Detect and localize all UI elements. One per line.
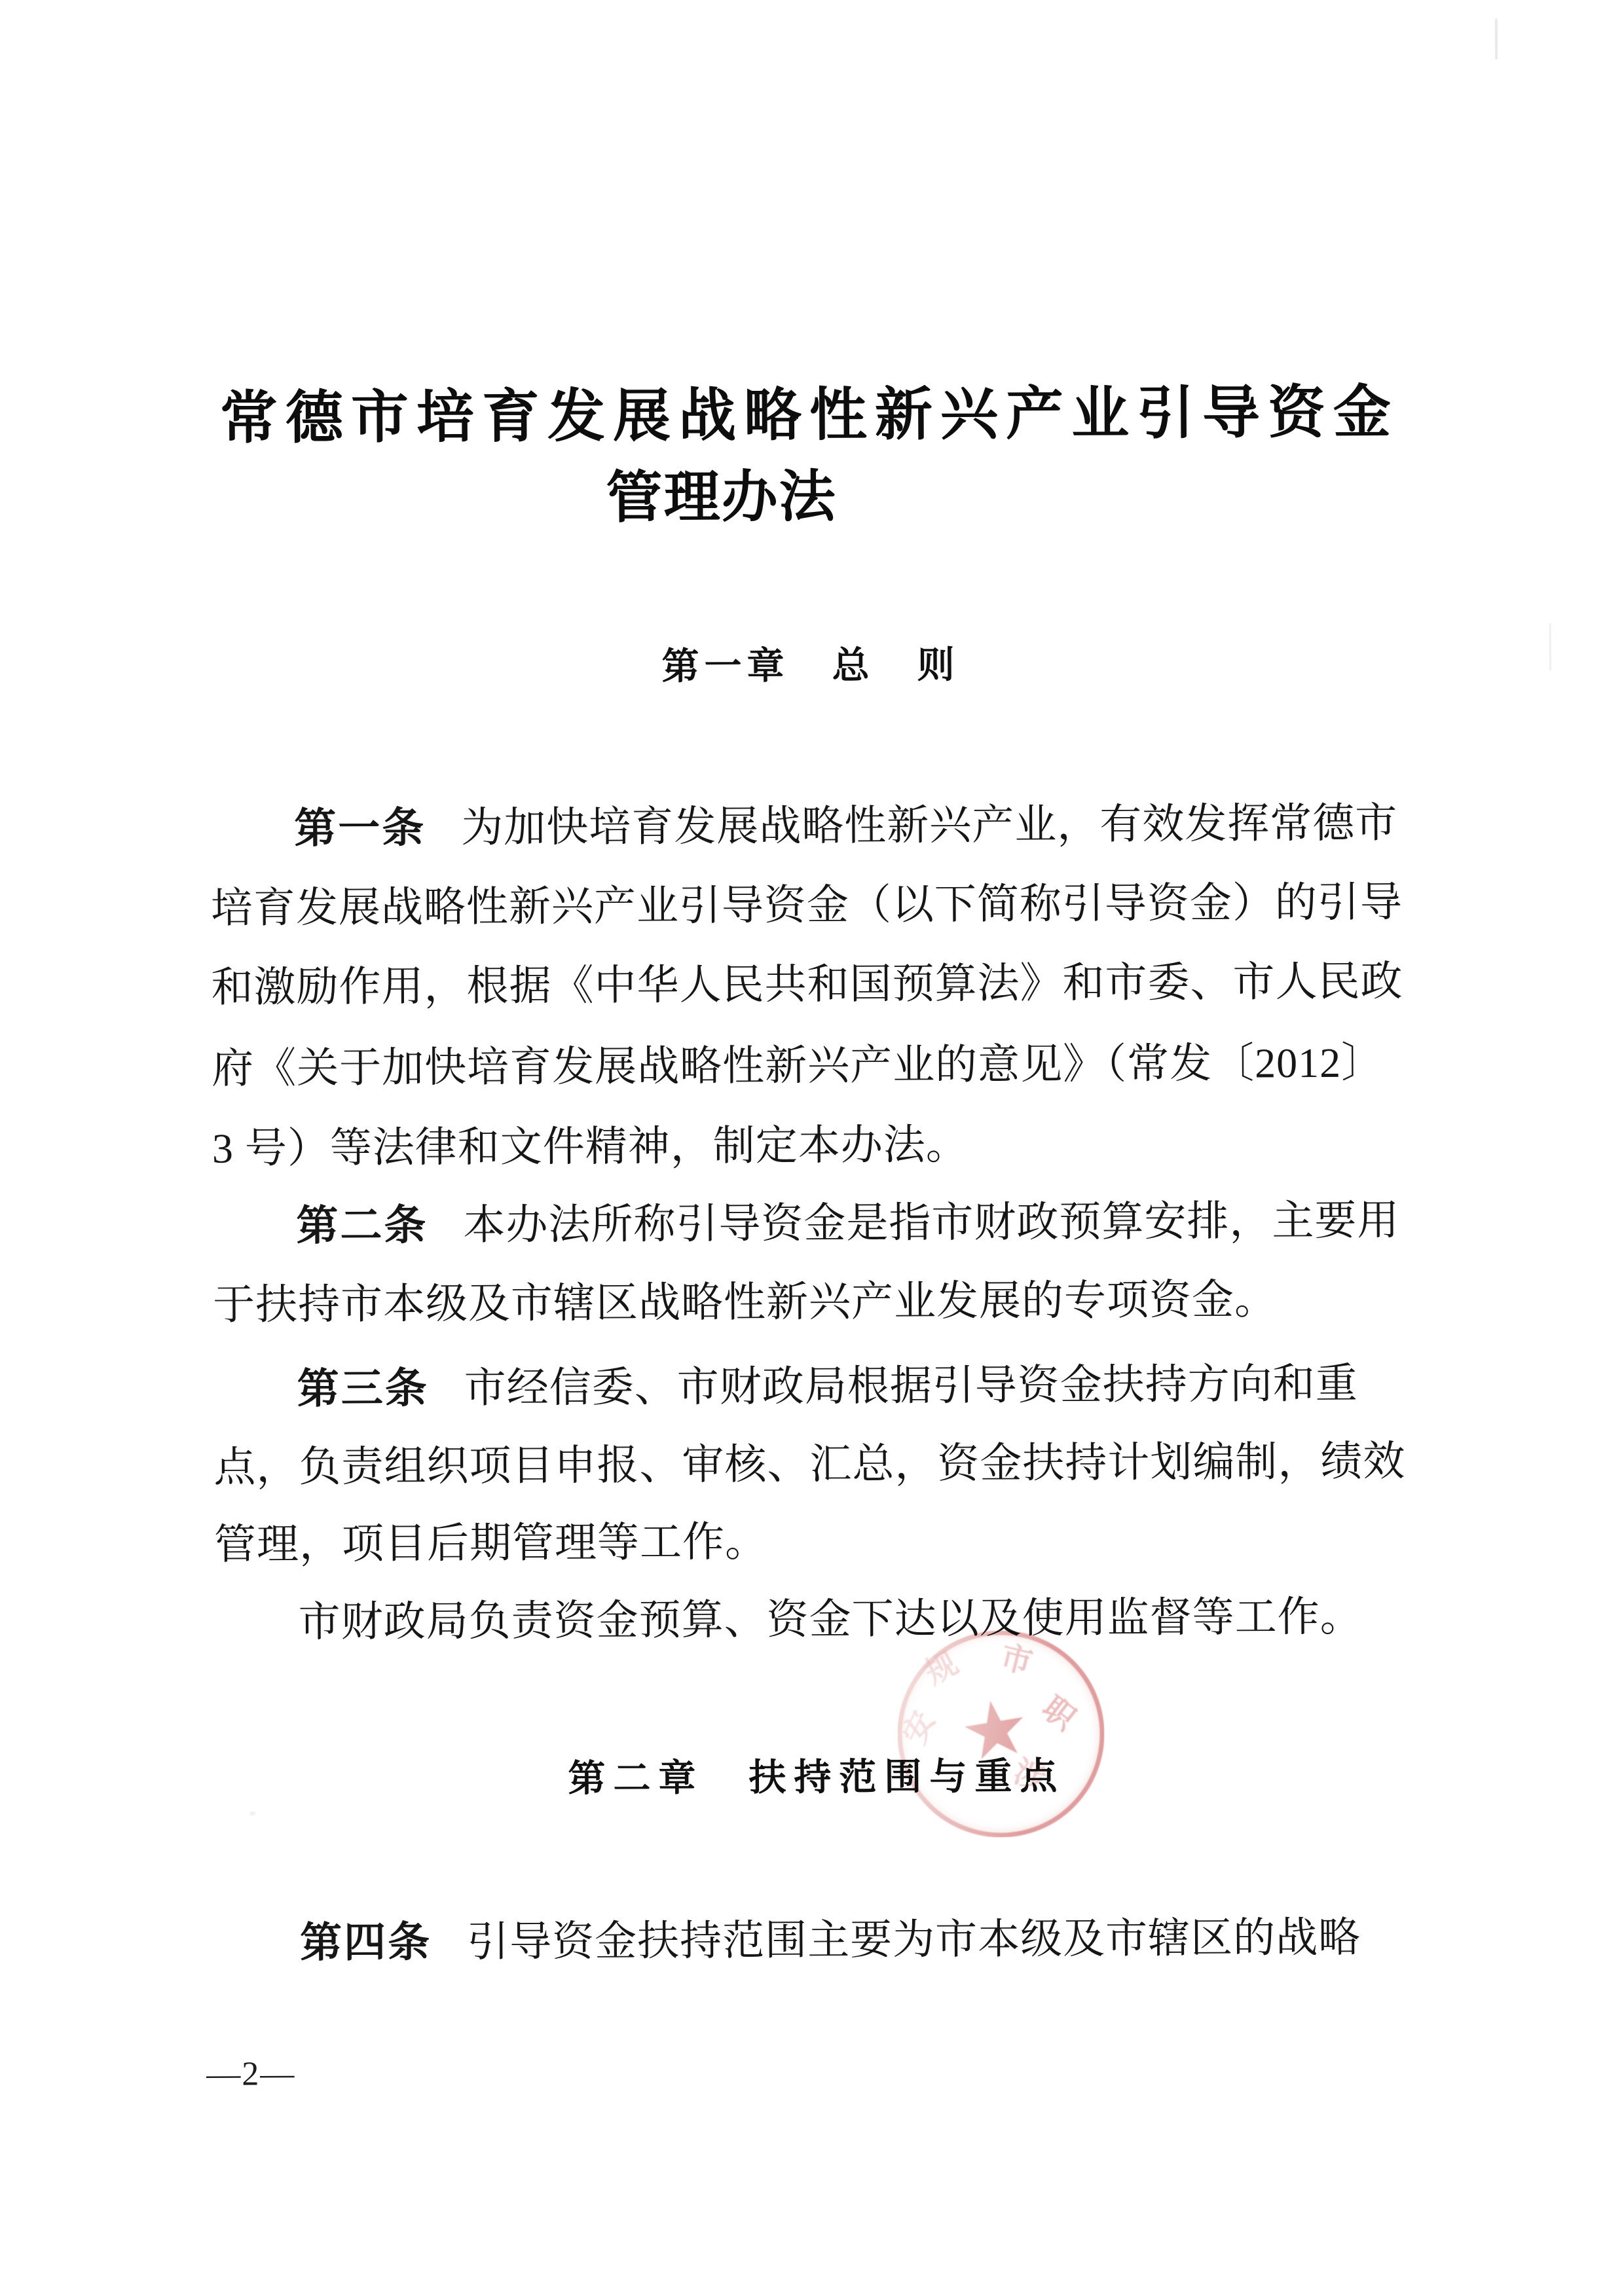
body-line-text: 培育发展战略性新兴产业引导资金（以下简称引导资金）的引导 — [211, 879, 1403, 932]
body-line-text: 为加快培育发展战略性新兴产业，有效发挥常德市 — [461, 799, 1397, 850]
body-line: 于扶持市本级及市辖区战略性新兴产业发展的专项资金。 — [213, 1277, 1277, 1327]
scan-artifact — [1495, 19, 1498, 60]
body-line: 第二条本办法所称引导资金是指市财政预算安排，主要用 — [212, 1198, 1399, 1248]
scanned-content: 常德市培育发展战略性新兴产业引导资金 管理办法 第一章 总 则 第一条为加快培育… — [0, 0, 1624, 2296]
body-line-text: 点，负责组织项目申报、审核、汇总，资金扶持计划编制，绩效 — [213, 1438, 1405, 1491]
body-line-text: 府《关于加快培育发展战略性新兴产业的意见》（常发〔2012〕 — [212, 1039, 1384, 1091]
page-number: —2— — [206, 2054, 295, 2094]
body-line: 点，负责组织项目申报、审核、汇总，资金扶持计划编制，绩效 — [213, 1439, 1405, 1489]
body-line: 第一条为加快培育发展战略性新兴产业，有效发挥常德市 — [210, 801, 1397, 851]
body-line-text: 本办法所称引导资金是指市财政预算安排，主要用 — [463, 1197, 1399, 1248]
article-lead: 第二条 — [296, 1201, 428, 1249]
scan-artifact — [249, 1811, 255, 1815]
body-line-text: 引导资金扶持范围主要为市本级及市辖区的战略 — [467, 1914, 1361, 1965]
body-line: 府《关于加快培育发展战略性新兴产业的意见》（常发〔2012〕 — [212, 1040, 1384, 1091]
document-title-line1: 常德市培育发展战略性新兴产业引导资金 — [0, 381, 1621, 453]
article-lead: 第三条 — [297, 1364, 429, 1412]
body-line: 管理，项目后期管理等工作。 — [214, 1520, 767, 1567]
body-line: 市财政局负责资金预算、资金下达以及使用监督等工作。 — [214, 1595, 1362, 1645]
seal-ring — [897, 1630, 1105, 1838]
article-lead: 第四条 — [300, 1918, 432, 1966]
body-line: 培育发展战略性新兴产业引导资金（以下简称引导资金）的引导 — [211, 880, 1403, 930]
chapter1-heading: 第一章 总 则 — [0, 642, 1623, 691]
article-lead: 第一条 — [294, 804, 426, 852]
seal-character: 市 — [997, 1641, 1035, 1679]
body-line-text: 3 号）等法律和文件精神，制定本办法。 — [212, 1121, 969, 1172]
seal-character: 职 — [1037, 1692, 1080, 1736]
body-line-text: 市财政局负责资金预算、资金下达以及使用监督等工作。 — [298, 1594, 1362, 1646]
body-line-text: 管理，项目后期管理等工作。 — [214, 1518, 767, 1567]
scan-artifact — [1549, 623, 1551, 670]
body-line: 3 号）等法律和文件精神，制定本办法。 — [212, 1123, 969, 1171]
body-line: 第四条引导资金扶持范围主要为市本级及市辖区的战略 — [216, 1916, 1361, 1965]
body-line-text: 于扶持市本级及市辖区战略性新兴产业发展的专项资金。 — [213, 1276, 1277, 1328]
document-title-line2: 管理办法 — [0, 463, 1445, 532]
body-line-text: 和激励作用，根据《中华人民共和国预算法》和市委、市人民政 — [211, 958, 1403, 1011]
seal-character: 安 — [898, 1707, 940, 1749]
seal-character: 规 — [920, 1647, 963, 1690]
chapter2-heading: 第二章 扶持范围与重点 — [5, 1753, 1624, 1802]
body-line-text: 市经信委、市财政局根据引导资金扶持方向和重 — [464, 1360, 1358, 1412]
official-seal: ★ 规 市 安 职 涉 — [897, 1630, 1105, 1838]
document-page: 常德市培育发展战略性新兴产业引导资金 管理办法 第一章 总 则 第一条为加快培育… — [0, 0, 1624, 2296]
body-line: 和激励作用，根据《中华人民共和国预算法》和市委、市人民政 — [211, 959, 1403, 1010]
body-line: 第三条市经信委、市财政局根据引导资金扶持方向和重 — [213, 1362, 1358, 1412]
